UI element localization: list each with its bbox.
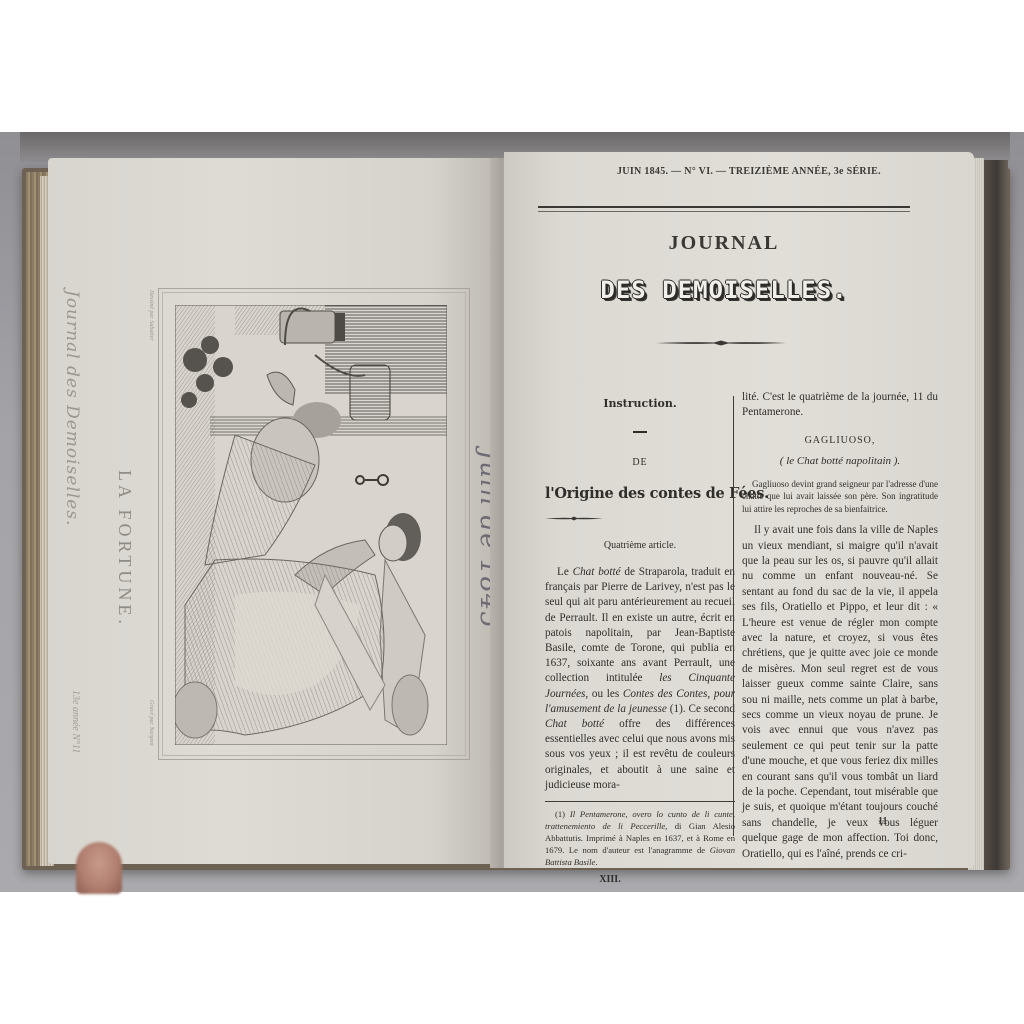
text-run-italic: Chat botté [545, 718, 604, 730]
journal-title: JOURNAL [538, 232, 910, 255]
footnote: (1) Il Pentamerone, overo lo cunto de li… [545, 808, 735, 868]
section-label: Instruction. [545, 396, 735, 411]
text-run: de Straparola, traduit en français par P… [545, 566, 735, 684]
text-run-italic: Chat botté [573, 566, 621, 578]
title-prefix: DE [545, 455, 735, 470]
plate-volume-number: 13e année N°11 [70, 690, 81, 753]
signature-mark: XIII. [545, 872, 735, 887]
text-run: , ou les [585, 688, 623, 700]
left-running-title: Journal des Demoiselles. [62, 290, 82, 526]
text-run: (1). Ce second [667, 703, 735, 715]
journal-subtitle: DES DEMOISELLES. [538, 276, 910, 304]
text-run: Le [557, 566, 573, 578]
article-paragraph: Le Chat botté de Straparola, traduit en … [545, 565, 735, 793]
article-subtitle: Quatrième article. [545, 538, 735, 553]
plate-title: LA FORTUNE. [114, 470, 135, 628]
article-column-right: lité. C'est le quatrième de la journée, … [742, 390, 938, 862]
text-run: . [595, 857, 597, 867]
story-subtitle: ( le Chat botté napolitain ). [742, 454, 938, 469]
article-ornament [545, 516, 603, 521]
book-cover-right [980, 160, 1008, 870]
column-divider [733, 396, 734, 836]
title-ornament-rule [656, 340, 786, 346]
holding-finger [76, 842, 122, 894]
text-run: (1) [555, 809, 570, 819]
running-head: JUIN 1845. — N° VI. — TREIZIÈME ANNÉE, 3… [617, 166, 881, 177]
engraver-credit-bottom: Gravé par Nargeot [148, 700, 154, 746]
story-body: Il y avait une fois dans la ville de Nap… [742, 523, 938, 862]
article-column-left: Instruction. DE l'Origine des contes de … [545, 392, 735, 887]
footnote-rule [545, 801, 735, 802]
engraving-illustration [175, 305, 447, 745]
engraving-image [175, 305, 447, 745]
header-rule [538, 206, 910, 212]
continuation-text: lité. C'est le quatrième de la journée, … [742, 390, 938, 421]
section-dash [633, 431, 647, 433]
page-number: 11 [878, 816, 887, 827]
story-summary: Gagliuoso devint grand seigneur par l'ad… [742, 478, 938, 516]
article-title: l'Origine des contes de Fées. [545, 486, 735, 501]
engraver-credit-top: Dessiné par Sabatier [148, 290, 154, 341]
story-title: GAGLIUOSO, [742, 433, 938, 448]
